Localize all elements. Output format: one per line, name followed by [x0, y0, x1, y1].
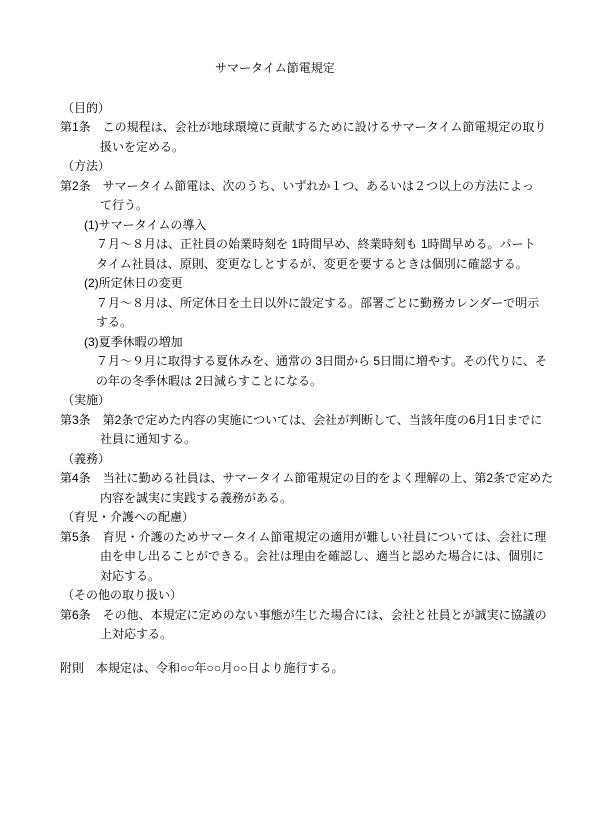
- document-page: サマータイム節電規定 （目的） 第1条 この規程は、会社が地球環境に貢献するため…: [0, 0, 593, 832]
- list-item-1-body-line-1: ７月～８月は、正社員の始業時刻を 1時間早め、終業時刻も 1時間早める。パート: [0, 235, 593, 255]
- article-5-line-3: 対応する。: [0, 567, 593, 587]
- article-4-line-2: 内容を誠実に実践する義務がある。: [0, 489, 593, 509]
- list-item-3-body-line-2: の年の冬季休暇は 2日減らすことになる。: [0, 372, 593, 392]
- article-5-line-2: 由を申し出ることができる。会社は理由を確認し、適当と認めた場合には、個別に: [0, 547, 593, 567]
- article-1-line-1: 第1条 この規程は、会社が地球環境に貢献するために設けるサマータイム節電規定の取…: [0, 118, 593, 138]
- document-title: サマータイム節電規定: [0, 59, 593, 79]
- article-3-line-2: 社員に通知する。: [0, 430, 593, 450]
- article-3-line-1: 第3条 第2条で定めた内容の実施については、会社が判断して、当該年度の6月1日ま…: [0, 411, 593, 431]
- article-2-line-2: て行う。: [0, 196, 593, 216]
- appendix-line: 附則 本規定は、令和○○年○○月○○日より施行する。: [0, 659, 593, 679]
- list-item-3-body-line-1: ７月～９月に取得する夏休みを、通常の 3日間から 5日間に増やす。その代りに、そ: [0, 352, 593, 372]
- document-body: サマータイム節電規定 （目的） 第1条 この規程は、会社が地球環境に貢献するため…: [0, 0, 593, 678]
- list-item-1-body-line-2: タイム社員は、原則、変更なしとするが、変更を要するときは個別に確認する。: [0, 255, 593, 275]
- section-heading-childcare-consideration: （育児・介護への配慮）: [0, 508, 593, 528]
- section-heading-purpose: （目的）: [0, 99, 593, 119]
- section-heading-obligation: （義務）: [0, 450, 593, 470]
- list-item-2-title: (2)所定休日の変更: [0, 274, 593, 294]
- article-6-line-1: 第6条 その他、本規定に定めのない事態が生じた場合には、会社と社員とが誠実に協議…: [0, 606, 593, 626]
- section-heading-method: （方法）: [0, 157, 593, 177]
- list-item-2-body-line-1: ７月～８月は、所定休日を土日以外に設定する。部署ごとに勤務カレンダーで明示: [0, 294, 593, 314]
- article-4-line-1: 第4条 当社に勤める社員は、サマータイム節電規定の目的をよく理解の上、第2条で定…: [0, 469, 593, 489]
- article-1-line-2: 扱いを定める。: [0, 138, 593, 158]
- section-heading-other-handling: （その他の取り扱い）: [0, 586, 593, 606]
- list-item-1-title: (1)サマータイムの導入: [0, 216, 593, 236]
- list-item-3-title: (3)夏季休暇の増加: [0, 333, 593, 353]
- list-item-2-body-line-2: する。: [0, 313, 593, 333]
- article-2-line-1: 第2条 サマータイム節電は、次のうち、いずれか１つ、あるいは２つ以上の方法によっ: [0, 177, 593, 197]
- title-gap: [0, 79, 593, 99]
- article-5-line-1: 第5条 育児・介護のためサマータイム節電規定の適用が難しい社員については、会社に…: [0, 528, 593, 548]
- section-heading-implementation: （実施）: [0, 391, 593, 411]
- article-6-line-2: 上対応する。: [0, 625, 593, 645]
- appendix-gap: [0, 645, 593, 659]
